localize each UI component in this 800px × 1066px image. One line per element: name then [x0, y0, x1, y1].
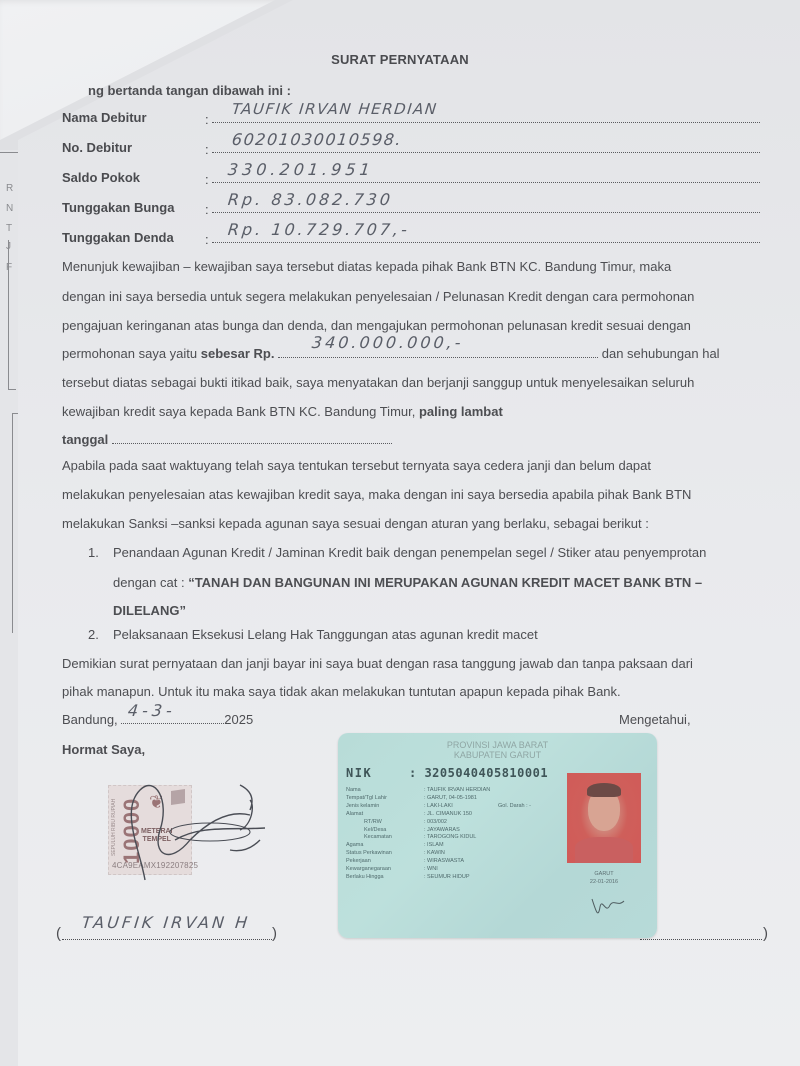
photo-shoulders	[575, 837, 633, 863]
paragraph-line: dengan ini saya bersedia untuk segera me…	[62, 289, 694, 304]
field-value-handwritten: Rp. 10.729.707,-	[227, 220, 411, 239]
ktp-field-label: Kecamatan	[364, 834, 392, 840]
ktp-province: PROVINSI JAWA BARAT	[338, 740, 657, 750]
underlying-letter: F	[6, 262, 12, 273]
ktp-field-label: Jenis kelamin	[346, 803, 379, 809]
field-label: Tunggakan Denda	[62, 230, 174, 245]
deadline-date-label: tanggal	[62, 432, 108, 447]
ktp-field-label: Kel/Desa	[364, 827, 386, 833]
paren-close: )	[272, 925, 277, 942]
list-text-bold: DILELANG”	[113, 603, 186, 618]
paren-close: )	[763, 925, 768, 942]
amount-label: sebesar Rp.	[201, 346, 275, 361]
paren-open: (	[56, 925, 61, 942]
underlying-bracket	[8, 389, 16, 390]
ktp-nik-label: NIK	[346, 766, 372, 780]
amount-value-handwritten: 340.000.000,-	[311, 333, 465, 352]
field-colon: :	[205, 142, 209, 157]
field-colon: :	[205, 112, 209, 127]
field-label: Saldo Pokok	[62, 170, 140, 185]
ktp-field-value: : SEUMUR HIDUP	[424, 874, 470, 880]
ktp-field-label: Nama	[346, 787, 361, 793]
ktp-photo	[567, 773, 641, 863]
field-colon: :	[205, 202, 209, 217]
acknowledger-dotted-line	[640, 939, 762, 940]
field-dotted-line	[212, 152, 760, 153]
list-text: dengan cat : “TANAH DAN BANGUNAN INI MER…	[113, 575, 702, 590]
underlying-letter: R	[6, 183, 13, 194]
regards-label: Hormat Saya,	[62, 742, 145, 757]
date-handwritten: 4-3-	[127, 701, 177, 720]
ktp-field-label: Pekerjaan	[346, 858, 371, 864]
paragraph-line: pengajuan keringanan atas bunga dan dend…	[62, 318, 691, 333]
ktp-issue-place: GARUT	[567, 871, 641, 877]
field-dotted-line	[212, 242, 760, 243]
ktp-field-value: : JL. CIMANUK 150	[424, 811, 472, 817]
underlying-page-edge	[0, 150, 18, 1066]
amount-prefix: permohonan saya yaitu	[62, 346, 197, 361]
underlying-bracket	[12, 413, 18, 414]
deadline-prefix: kewajiban kredit saya kepada Bank BTN KC…	[62, 404, 415, 419]
ktp-field-value: : LAKI-LAKI	[424, 803, 453, 809]
list-text: Pelaksanaan Eksekusi Lelang Hak Tanggung…	[113, 627, 538, 642]
amount-suffix: dan sehubungan hal	[602, 346, 720, 361]
deadline-date-line: tanggal	[62, 432, 392, 447]
year: 2025	[224, 712, 253, 727]
signer-name-handwritten: TAUFIK IRVAN H	[81, 913, 251, 932]
ktp-field-label: Berlaku Hingga	[346, 874, 384, 880]
photo-hair	[587, 783, 621, 797]
paragraph-line: Apabila pada saat waktuyang telah saya t…	[62, 458, 651, 473]
list-number: 1.	[88, 545, 99, 560]
ktp-issue-date: 22-01-2016	[567, 879, 641, 885]
underlying-bracket	[12, 413, 13, 633]
field-colon: :	[205, 172, 209, 187]
ktp-field-blood-type: Gol. Darah : -	[498, 803, 531, 809]
ktp-field-value: : TAUFIK IRVAN HERDIAN	[424, 787, 490, 793]
ktp-field-label: Agama	[346, 842, 363, 848]
ktp-field-label: Status Perkawinan	[346, 850, 392, 856]
ktp-field-value: : ISLAM	[424, 842, 444, 848]
ktp-field-value: : GARUT, 04-05-1981	[424, 795, 477, 801]
ktp-signature-icon	[588, 893, 628, 923]
ktp-nik-value: : 3205040405810001	[409, 766, 548, 780]
paragraph-line: Menunjuk kewajiban – kewajiban saya ters…	[62, 259, 671, 274]
field-label: Tunggakan Bunga	[62, 200, 174, 215]
ktp-field-value: : TAROGONG KIDUL	[424, 834, 476, 840]
ktp-field-label: Alamat	[346, 811, 363, 817]
field-value-handwritten: TAUFIK IRVAN HERDIAN	[231, 100, 439, 118]
signature-icon	[100, 770, 280, 890]
list-text-prefix: dengan cat :	[113, 575, 185, 590]
field-dotted-line	[212, 122, 760, 123]
field-label: Nama Debitur	[62, 110, 147, 125]
ktp-field-label: Tempat/Tgl Lahir	[346, 795, 387, 801]
paragraph-line: melakukan Sanksi –sanksi kepada agunan s…	[62, 516, 649, 531]
list-text-bold: “TANAH DAN BANGUNAN INI MERUPAKAN AGUNAN…	[188, 575, 702, 590]
signer-dotted-line	[62, 939, 272, 940]
field-dotted-line	[212, 182, 760, 183]
ktp-field-label: RT/RW	[364, 819, 382, 825]
deadline-label: paling lambat	[419, 404, 503, 419]
list-number: 2.	[88, 627, 99, 642]
field-value-handwritten: Rp. 83.082.730	[227, 190, 394, 209]
underlying-letter: T	[6, 223, 12, 234]
place: Bandung,	[62, 712, 118, 727]
field-colon: :	[205, 232, 209, 247]
field-value-handwritten: 60201030010598.	[231, 130, 403, 149]
paragraph-line: Demikian surat pernyataan dan janji baya…	[62, 656, 693, 671]
acknowledged-label: Mengetahui,	[619, 712, 691, 727]
ktp-field-label: Kewarganegaraan	[346, 866, 391, 872]
paragraph-line: kewajiban kredit saya kepada Bank BTN KC…	[62, 404, 503, 419]
underlying-letter: N	[6, 203, 13, 214]
paragraph-line: tersebut diatas sebagai bukti itikad bai…	[62, 375, 694, 390]
ktp-field-value: : JAYAWARAS	[424, 827, 460, 833]
underlying-bracket	[8, 240, 9, 390]
ktp-regency: KABUPATEN GARUT	[338, 750, 657, 760]
page-title: SURAT PERNYATAAN	[0, 52, 800, 67]
ktp-field-value: : WNI	[424, 866, 438, 872]
deadline-date-blank	[112, 433, 392, 444]
field-value-handwritten: 330.201.951	[227, 160, 375, 179]
ktp-field-value: : 003/002	[424, 819, 447, 825]
list-text: Penandaan Agunan Kredit / Jaminan Kredit…	[113, 545, 706, 560]
underlying-rule	[0, 152, 18, 153]
ktp-field-value: : WIRASWASTA	[424, 858, 464, 864]
id-card-ktp: PROVINSI JAWA BARAT KABUPATEN GARUT NIK …	[338, 733, 657, 938]
paragraph-line: melakukan penyelesaian atas kewajiban kr…	[62, 487, 691, 502]
paragraph-line: pihak manapun. Untuk itu maka saya tidak…	[62, 684, 621, 699]
field-label: No. Debitur	[62, 140, 132, 155]
ktp-field-value: : KAWIN	[424, 850, 445, 856]
field-dotted-line	[212, 212, 760, 213]
intro-text: ng bertanda tangan dibawah ini :	[88, 83, 291, 98]
